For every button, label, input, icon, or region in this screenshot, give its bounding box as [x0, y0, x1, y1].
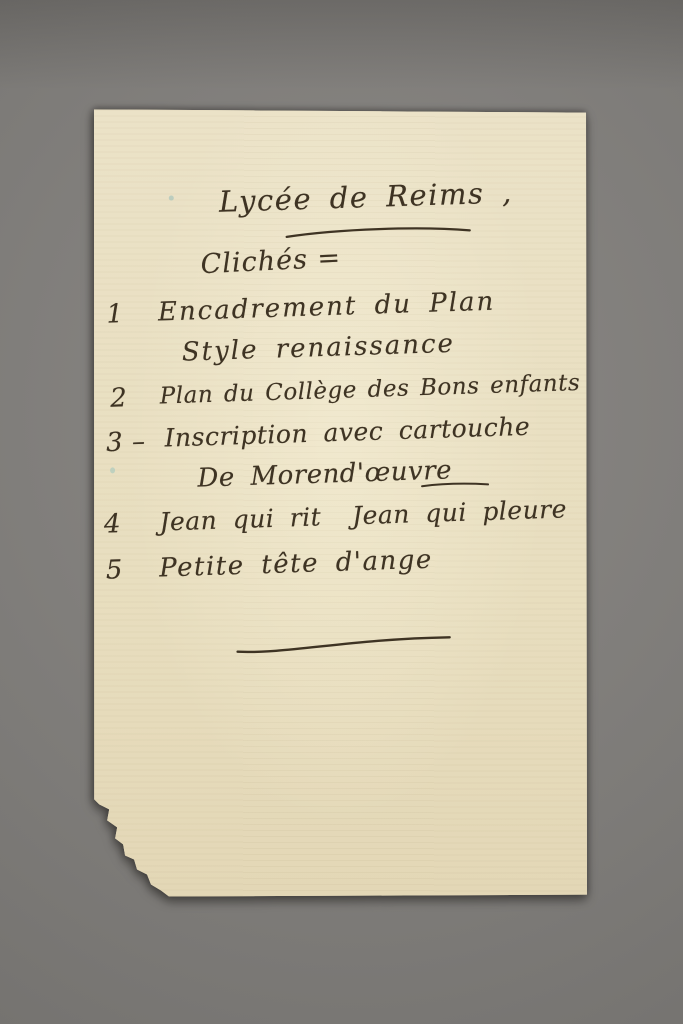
item-text-line: Encadrement du Plan	[157, 287, 495, 328]
item-number: 3 –	[106, 427, 146, 458]
paper-speck	[110, 467, 115, 473]
item-number: 2	[110, 383, 128, 414]
item-text-line: Petite tête d'ange	[159, 545, 433, 584]
paper-speck	[169, 196, 174, 201]
paper-sheet: Lycée de Reims , Clichés = 1 Encadrement…	[89, 107, 589, 897]
item-number: 4	[103, 509, 121, 540]
item-text-line: Plan du Collège des Bons enfants	[159, 370, 580, 410]
separator-rule	[234, 630, 454, 657]
item-number: 1	[106, 299, 124, 330]
item-text-line: Jean qui rit Jean qui pleure	[159, 494, 567, 536]
paper-sheet-wrapper: Lycée de Reims , Clichés = 1 Encadrement…	[90, 108, 588, 897]
photo-background: Lycée de Reims , Clichés = 1 Encadrement…	[0, 0, 683, 1024]
document-subtitle: Clichés =	[200, 242, 342, 280]
item-text-line: De Morend'œuvre	[197, 455, 452, 493]
item-text-line: Style renaissance	[181, 329, 455, 368]
title-underline-flourish	[284, 224, 474, 240]
item-number: 5	[105, 555, 123, 586]
document-title: Lycée de Reims ,	[218, 175, 513, 218]
pen-trailing-stroke	[420, 480, 490, 490]
item-text-line: Inscription avec cartouche	[164, 412, 530, 453]
